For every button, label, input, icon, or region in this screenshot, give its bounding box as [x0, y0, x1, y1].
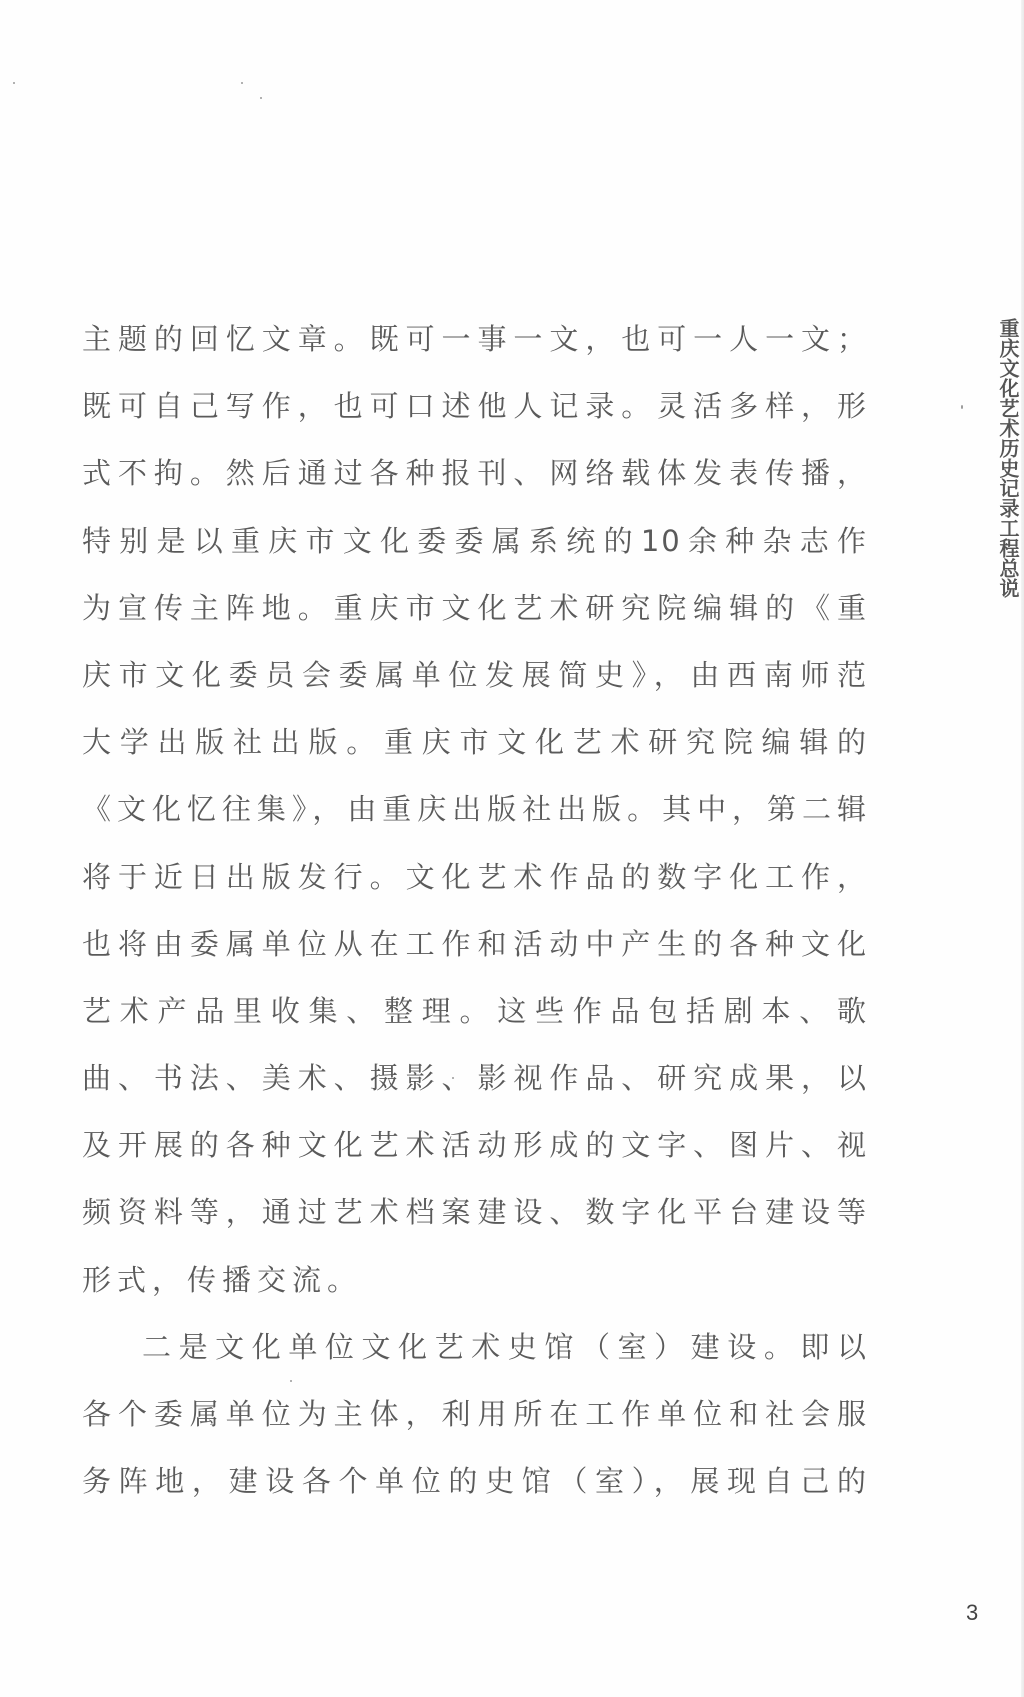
text-line: 既可自己写作，也可口述他人记录。灵活多样，形: [82, 373, 868, 440]
scan-speck: [13, 82, 15, 84]
text-line: 庆市文化委员会委属单位发展简史》，由西南师范: [82, 642, 868, 709]
page-number: 3: [966, 1600, 978, 1626]
scan-speck: [961, 405, 963, 409]
scan-speck: [452, 1077, 454, 1079]
text-line: 艺术产品里收集、整理。这些作品包括剧本、歌: [82, 978, 868, 1045]
text-line: 将于近日出版发行。文化艺术作品的数字化工作，: [82, 844, 868, 911]
text-line: 也将由委属单位从在工作和活动中产生的各种文化: [82, 911, 868, 978]
text-line: 主题的回忆文章。既可一事一文，也可一人一文；: [82, 306, 868, 373]
text-line: 大学出版社出版。重庆市文化艺术研究院编辑的: [82, 709, 868, 776]
text-line: 频资料等，通过艺术档案建设、数字化平台建设等: [82, 1179, 868, 1246]
scan-speck: [290, 1380, 292, 1382]
text-line: 式不拘。然后通过各种报刊、网络载体发表传播，: [82, 440, 868, 507]
text-line-paragraph-start: 二是文化单位文化艺术史馆（室）建设。即以: [82, 1314, 868, 1381]
text-line: 特别是以重庆市文化委委属系统的10余种杂志作: [82, 508, 868, 575]
text-line: 曲、书法、美术、摄影、影视作品、研究成果，以: [82, 1045, 868, 1112]
scan-speck: [241, 82, 243, 84]
scan-speck: [260, 97, 262, 99]
text-line: 及开展的各种文化艺术活动形成的文字、图片、视: [82, 1112, 868, 1179]
text-line: 务阵地，建设各个单位的史馆（室），展现自己的: [82, 1448, 868, 1515]
body-text: 主题的回忆文章。既可一事一文，也可一人一文； 既可自己写作，也可口述他人记录。灵…: [82, 306, 868, 1515]
running-header-vertical-title: 重庆文化艺术历史记录工程总说: [996, 318, 1022, 598]
text-line-paragraph-end: 形式，传播交流。: [82, 1247, 868, 1314]
text-line: 各个委属单位为主体，利用所在工作单位和社会服: [82, 1381, 868, 1448]
text-line: 为宣传主阵地。重庆市文化艺术研究院编辑的《重: [82, 575, 868, 642]
text-line: 《文化忆往集》，由重庆出版社出版。其中，第二辑: [82, 776, 868, 843]
